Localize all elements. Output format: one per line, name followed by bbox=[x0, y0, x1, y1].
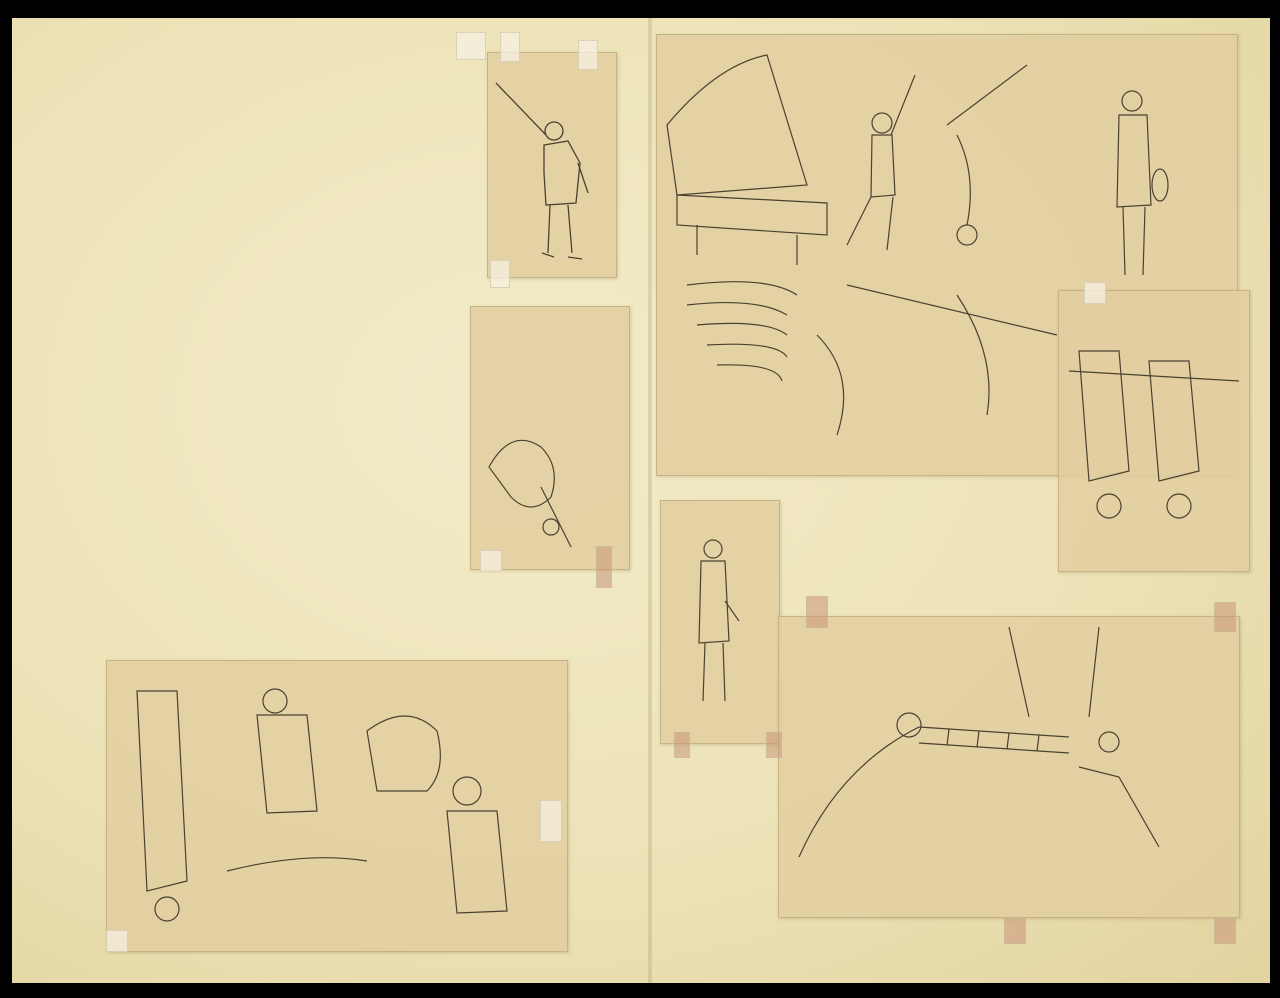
ladder-acrobats-drawing bbox=[779, 617, 1239, 917]
standing-man-drawing bbox=[661, 501, 779, 743]
tape bbox=[1084, 282, 1106, 304]
tape bbox=[596, 546, 612, 588]
tape bbox=[578, 40, 598, 70]
tape bbox=[500, 32, 520, 62]
conductor-sketch bbox=[487, 52, 617, 278]
tape bbox=[806, 596, 828, 628]
tumbling-figure-sketch bbox=[470, 306, 630, 570]
clowns-sketch bbox=[106, 660, 568, 952]
tumbling-figure-drawing bbox=[471, 307, 629, 569]
ladder-acrobats-sketch bbox=[778, 616, 1240, 918]
tape bbox=[106, 930, 128, 952]
tape bbox=[490, 260, 510, 288]
inverted-pair-drawing bbox=[1059, 291, 1249, 571]
tape bbox=[766, 732, 782, 758]
tape bbox=[1214, 602, 1236, 632]
tape bbox=[674, 732, 690, 758]
center-fold bbox=[648, 18, 652, 983]
tape bbox=[540, 800, 562, 842]
standing-man-sketch bbox=[660, 500, 780, 744]
tape bbox=[1214, 918, 1236, 944]
tape bbox=[456, 32, 486, 60]
clowns-drawing bbox=[107, 661, 567, 951]
tape bbox=[480, 550, 502, 572]
conductor-drawing bbox=[488, 53, 616, 277]
inverted-pair-sketch bbox=[1058, 290, 1250, 572]
tape bbox=[1004, 918, 1026, 944]
